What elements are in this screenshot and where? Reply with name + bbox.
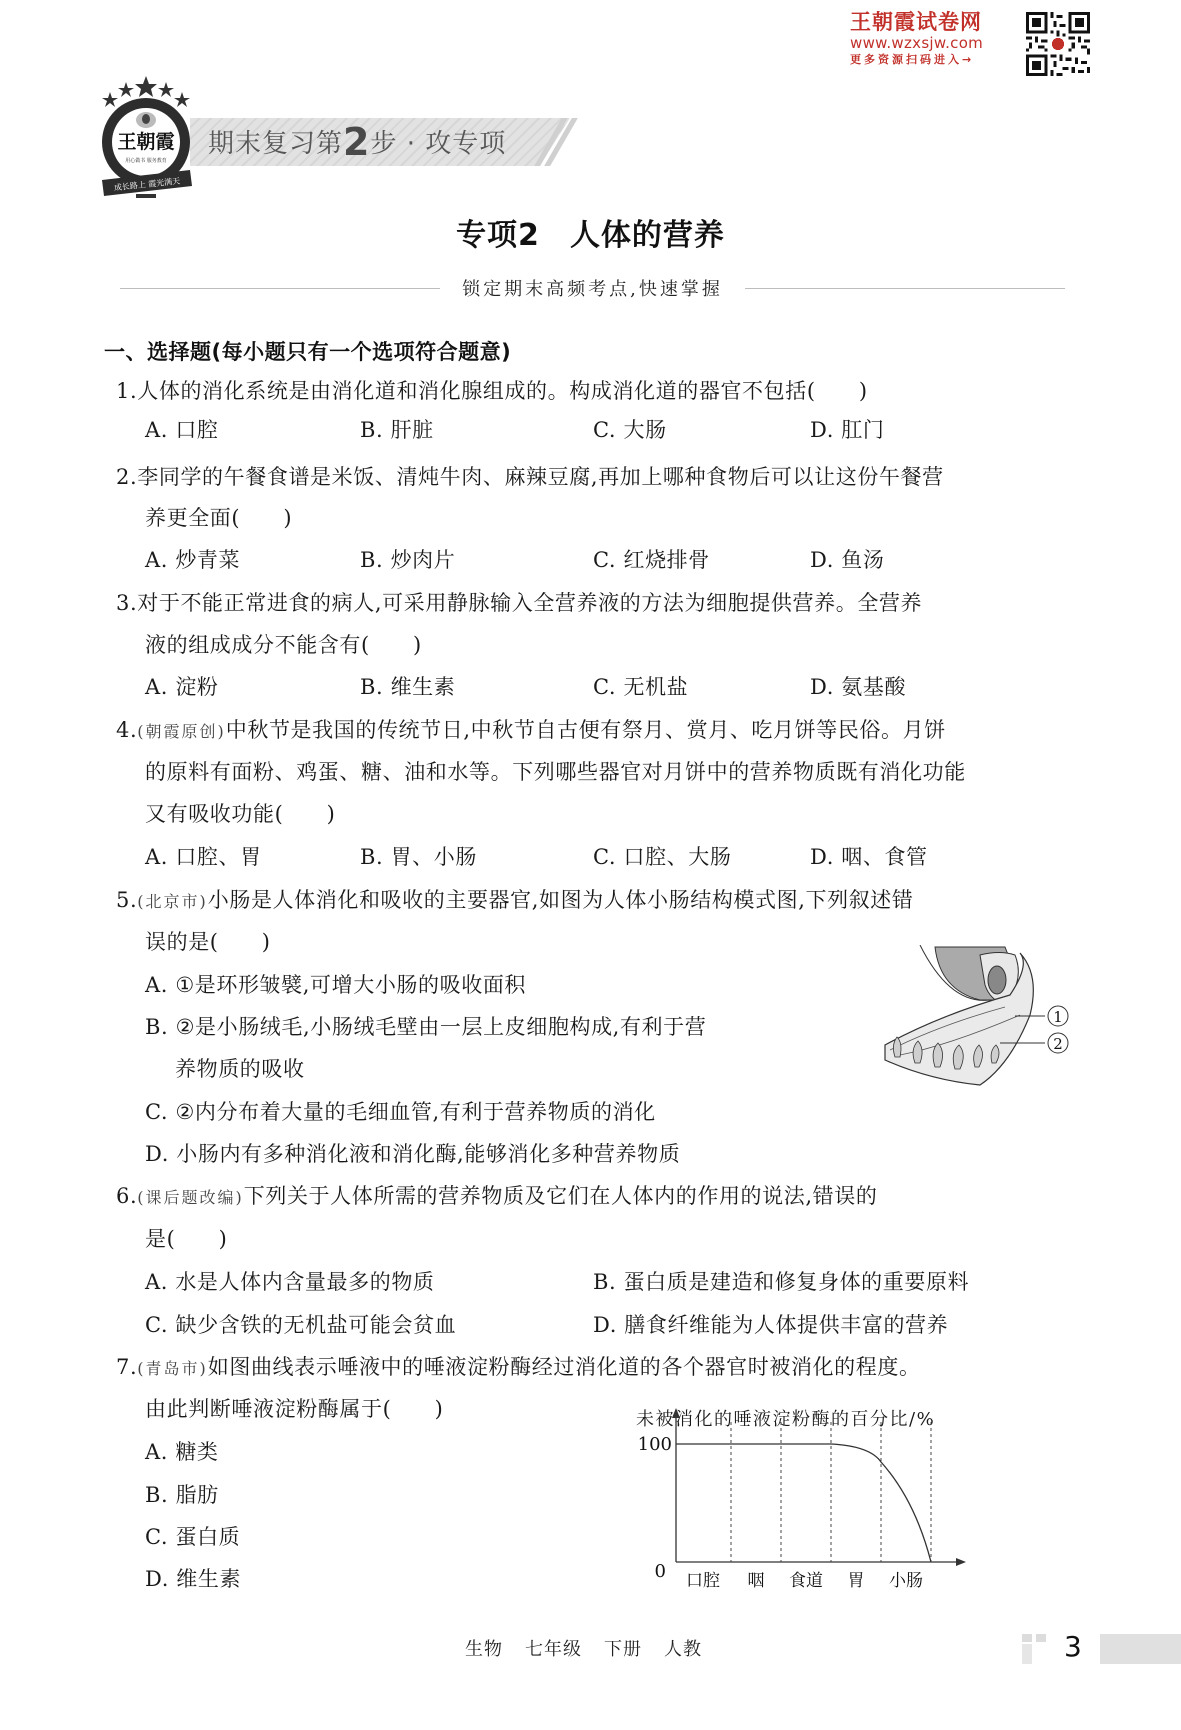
svg-text:王朝霞: 王朝霞 — [117, 130, 174, 153]
option-2d[interactable]: D. 鱼汤 — [810, 545, 884, 575]
option-1a[interactable]: A. 口腔 — [145, 415, 219, 445]
option-6c[interactable]: C. 缺少含铁的无机盐可能会贫血 — [145, 1310, 456, 1340]
option-2b[interactable]: B. 炒肉片 — [360, 545, 455, 575]
svg-text:0: 0 — [655, 1561, 666, 1582]
enzyme-digestion-chart: 100 0 口腔 咽 食道 胃 小肠 — [600, 1390, 980, 1610]
page-title: 专项2人体的营养 — [0, 210, 1181, 254]
question-source: (朝霞原创) — [137, 722, 226, 741]
option-3c[interactable]: C. 无机盐 — [593, 672, 688, 702]
brand-url[interactable]: www.wzxsjw.com — [850, 34, 1020, 52]
question-6-line-2: 是( ) — [145, 1224, 227, 1254]
question-3: 3.对于不能正常进食的病人,可采用静脉输入全营养液的方法为细胞提供营养。全营养 — [116, 588, 922, 618]
question-source: (课后题改编) — [137, 1188, 244, 1207]
option-7d[interactable]: D. 维生素 — [145, 1564, 241, 1594]
divider — [745, 288, 1065, 289]
footer-info: 生物七年级下册人教 — [465, 1635, 724, 1661]
question-3-line-2: 液的组成成分不能含有( ) — [145, 630, 422, 660]
option-5c[interactable]: C. ②内分布着大量的毛细血管,有利于营养物质的消化 — [145, 1097, 656, 1127]
question-5-line-2: 误的是( ) — [145, 927, 271, 957]
svg-text:食道: 食道 — [789, 1571, 823, 1591]
small-intestine-figure: 1 2 — [880, 945, 1080, 1095]
question-1: 1.人体的消化系统是由消化道和消化腺组成的。构成消化道的器官不包括( ) — [116, 376, 868, 406]
svg-text:胃: 胃 — [848, 1571, 865, 1591]
option-5b[interactable]: B. ②是小肠绒毛,小肠绒毛壁由一层上皮细胞构成,有利于营 — [145, 1012, 706, 1042]
brand-cta: 更多资源扫码进入→ — [850, 52, 1020, 68]
option-6a[interactable]: A. 水是人体内含量最多的物质 — [145, 1267, 435, 1297]
publisher-logo: 王朝霞 用心做书 服务教育 成长路上 霞光满天 — [98, 76, 194, 206]
question-source: (青岛市) — [137, 1359, 208, 1378]
option-6b[interactable]: B. 蛋白质是建造和修复身体的重要原料 — [593, 1267, 969, 1297]
svg-text:口腔: 口腔 — [686, 1571, 720, 1591]
page-decoration — [1022, 1644, 1032, 1664]
footer-edition: 人教 — [664, 1639, 702, 1660]
question-7-line-2: 由此判断唾液淀粉酶属于( ) — [145, 1394, 443, 1424]
question-4-line-2: 的原料有面粉、鸡蛋、糖、油和水等。下列哪些器官对月饼中的营养物质既有消化功能 — [145, 757, 966, 787]
enzyme-curve — [676, 1444, 931, 1562]
question-5: 5.(北京市)小肠是人体消化和吸收的主要器官,如图为人体小肠结构模式图,下列叙述… — [116, 885, 914, 917]
option-7b[interactable]: B. 脂肪 — [145, 1480, 219, 1510]
question-2: 2.李同学的午餐食谱是米饭、清炖牛肉、麻辣豆腐,再加上哪种食物后可以让这份午餐营 — [116, 462, 944, 492]
option-7a[interactable]: A. 糖类 — [145, 1437, 219, 1467]
option-1c[interactable]: C. 大肠 — [593, 415, 667, 445]
svg-text:咽: 咽 — [748, 1571, 765, 1591]
option-7c[interactable]: C. 蛋白质 — [145, 1522, 240, 1552]
page-decoration — [1100, 1634, 1181, 1664]
page-decoration — [1036, 1634, 1046, 1642]
page-decoration — [1022, 1634, 1032, 1642]
page-number: 3 — [1064, 1630, 1082, 1663]
question-4-line-3: 又有吸收功能( ) — [145, 799, 335, 829]
option-4d[interactable]: D. 咽、食管 — [810, 842, 928, 872]
option-4a[interactable]: A. 口腔、胃 — [145, 842, 262, 872]
option-5b-cont[interactable]: 养物质的吸收 — [175, 1054, 305, 1084]
divider — [120, 288, 440, 289]
svg-text:100: 100 — [638, 1434, 672, 1455]
option-5a[interactable]: A. ①是环形皱襞,可增大小肠的吸收面积 — [145, 970, 526, 1000]
question-7: 7.(青岛市)如图曲线表示唾液中的唾液淀粉酶经过消化道的各个器官时被消化的程度。 — [116, 1352, 921, 1384]
brand-name: 王朝霞试卷网 — [850, 10, 1020, 34]
subtitle: 锁定期末高频考点,快速掌握 — [440, 275, 745, 301]
subtitle-row: 锁定期末高频考点,快速掌握 — [120, 275, 1065, 301]
svg-text:用心做书 服务教育: 用心做书 服务教育 — [125, 157, 167, 164]
brand-block: 王朝霞试卷网 www.wzxsjw.com 更多资源扫码进入→ — [850, 10, 1020, 68]
option-1b[interactable]: B. 肝脏 — [360, 415, 434, 445]
footer-subject: 生物 — [465, 1639, 503, 1660]
option-6d[interactable]: D. 膳食纤维能为人体提供丰富的营养 — [593, 1310, 948, 1340]
option-5d[interactable]: D. 小肠内有多种消化液和消化酶,能够消化多种营养物质 — [145, 1139, 680, 1169]
option-4b[interactable]: B. 胃、小肠 — [360, 842, 477, 872]
option-1d[interactable]: D. 肛门 — [810, 415, 884, 445]
question-4: 4.(朝霞原创)中秋节是我国的传统节日,中秋节自古便有祭月、赏月、吃月饼等民俗。… — [116, 715, 946, 747]
svg-text:2: 2 — [1053, 1035, 1063, 1053]
option-2c[interactable]: C. 红烧排骨 — [593, 545, 710, 575]
option-4c[interactable]: C. 口腔、大肠 — [593, 842, 731, 872]
qr-code-icon[interactable] — [1026, 12, 1090, 76]
section-heading: 一、选择题(每小题只有一个选项符合题意) — [104, 336, 511, 366]
question-2-line-2: 养更全面( ) — [145, 503, 292, 533]
question-source: (北京市) — [137, 892, 208, 911]
banner-text: 期末复习第2步 · 攻专项 — [208, 124, 506, 162]
svg-text:小肠: 小肠 — [889, 1571, 923, 1591]
footer-volume: 下册 — [604, 1639, 642, 1660]
option-3d[interactable]: D. 氨基酸 — [810, 672, 906, 702]
option-3b[interactable]: B. 维生素 — [360, 672, 455, 702]
option-2a[interactable]: A. 炒青菜 — [145, 545, 240, 575]
svg-text:1: 1 — [1053, 1008, 1063, 1026]
question-6: 6.(课后题改编)下列关于人体所需的营养物质及它们在人体内的作用的说法,错误的 — [116, 1181, 877, 1213]
option-3a[interactable]: A. 淀粉 — [145, 672, 219, 702]
footer-grade: 七年级 — [525, 1639, 582, 1660]
